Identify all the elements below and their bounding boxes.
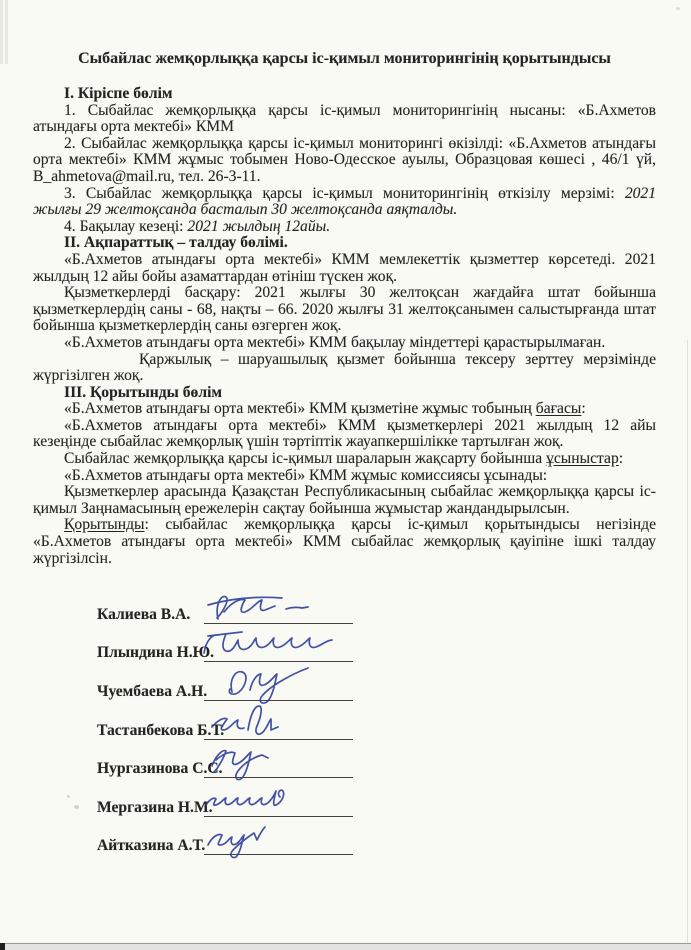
signature-row: Мергазина Н.М. — [0, 785, 691, 824]
paragraph-item-1: 1. Сыбайлас жемқорлыққа қарсы іс-қимыл м… — [33, 103, 656, 136]
signature-row: Плындина Н.Ю. — [0, 631, 691, 670]
signature-line — [204, 739, 353, 740]
paragraph-proposals-colon: : — [619, 450, 623, 467]
signer-name: Калиева В.А. — [97, 606, 190, 624]
section-heading-conclusion: III. Қорытынды бөлім — [33, 385, 656, 402]
signature-row: Айтказина А.Т. — [0, 824, 691, 863]
paragraph-proposals: Сыбайлас жемқорлыққа қарсы іс-қимыл шара… — [33, 451, 656, 468]
paragraph-assessment-underlined: бағасы — [536, 400, 582, 417]
signature-line — [204, 777, 353, 778]
paragraph-control: «Б.Ахметов атындағы орта мектебі» КММ ба… — [33, 335, 656, 352]
signer-name: Плындина Н.Ю. — [97, 644, 214, 662]
paragraph-item-4: 4. Бақылау кезеңі: 2021 жылдың 12айы. — [33, 219, 656, 236]
signer-name: Мергазина Н.М. — [97, 799, 213, 817]
paragraph-final: Қорытынды: сыбайлас жемқорлыққа қарсы іс… — [33, 517, 656, 567]
signature-block: Калиева В.А. Плындина Н.Ю. Чуембаева А.Н… — [0, 592, 691, 863]
section-heading-intro: I. Кіріспе бөлім — [33, 86, 656, 103]
signer-name: Тастанбекова Б.Т. — [97, 722, 224, 740]
paragraph-proposals-lead: Сыбайлас жемқорлыққа қарсы іс-қимыл шара… — [64, 450, 546, 467]
scan-edge-artifact-bottom — [0, 944, 691, 950]
paragraph-discipline: «Б.Ахметов атындағы орта мектебі» КММ қы… — [33, 418, 656, 451]
paragraph-finance: Қаржылық – шаруашылық қызмет бойынша тек… — [33, 352, 656, 385]
paragraph-staff: Қызметкерлерді басқару: 2021 жылғы 30 же… — [33, 285, 656, 335]
paragraph-item-2: 2. Сыбайлас жемқорлыққа қарсы іс-қимыл м… — [33, 136, 656, 186]
signer-name: Чуембаева А.Н. — [97, 683, 207, 701]
paragraph-item-4-period: 2021 жылдың 12айы. — [187, 218, 330, 235]
signature-row: Тастанбекова Б.Т. — [0, 708, 691, 747]
scan-speck — [676, 7, 680, 10]
document-title: Сыбайлас жемқорлыққа қарсы іс-қимыл мони… — [33, 50, 656, 67]
signature-row: Нургазинова С.С. — [0, 747, 691, 786]
paragraph-assessment-colon: : — [581, 400, 585, 417]
paragraph-item-3: 3. Сыбайлас жемқорлыққа қарсы іс-қимыл м… — [33, 186, 656, 219]
signature-line — [204, 816, 353, 817]
signature-row: Чуембаева А.Н. — [0, 669, 691, 708]
paragraph-services: «Б.Ахметов атындағы орта мектебі» КММ ме… — [33, 252, 656, 285]
paragraph-assessment-lead: «Б.Ахметов атындағы орта мектебі» КММ қы… — [64, 400, 536, 417]
scanned-document-page: Сыбайлас жемқорлыққа қарсы іс-қимыл мони… — [0, 0, 691, 950]
paragraph-legislation: Қызметкерлер арасында Қазақстан Республи… — [33, 484, 656, 517]
document-body: Сыбайлас жемқорлыққа қарсы іс-қимыл мони… — [0, 0, 691, 567]
paragraph-proposals-underlined: ұсыныстар — [546, 450, 619, 467]
signature-line — [204, 661, 353, 662]
signature-line — [204, 854, 353, 855]
section-heading-analysis: II. Ақпараттық – талдау бөлімі. — [33, 235, 656, 252]
scan-edge-line-left — [3, 0, 5, 64]
paragraph-item-4-lead: 4. Бақылау кезеңі: — [64, 218, 187, 235]
signature-row: Калиева В.А. — [0, 592, 691, 631]
paragraph-final-underlined: Қорытынды — [64, 516, 145, 533]
scan-corner-artifact — [0, 943, 5, 950]
signature-line — [204, 700, 353, 701]
signer-name: Айтказина А.Т. — [97, 837, 205, 855]
paragraph-item-3-lead: 3. Сыбайлас жемқорлыққа қарсы іс-қимыл м… — [64, 185, 625, 202]
signer-name: Нургазинова С.С. — [97, 760, 223, 778]
paragraph-commission: «Б.Ахметов атындағы орта мектебі» КММ жұ… — [33, 468, 656, 485]
signature-line — [204, 623, 353, 624]
paragraph-assessment: «Б.Ахметов атындағы орта мектебі» КММ қы… — [33, 401, 656, 418]
